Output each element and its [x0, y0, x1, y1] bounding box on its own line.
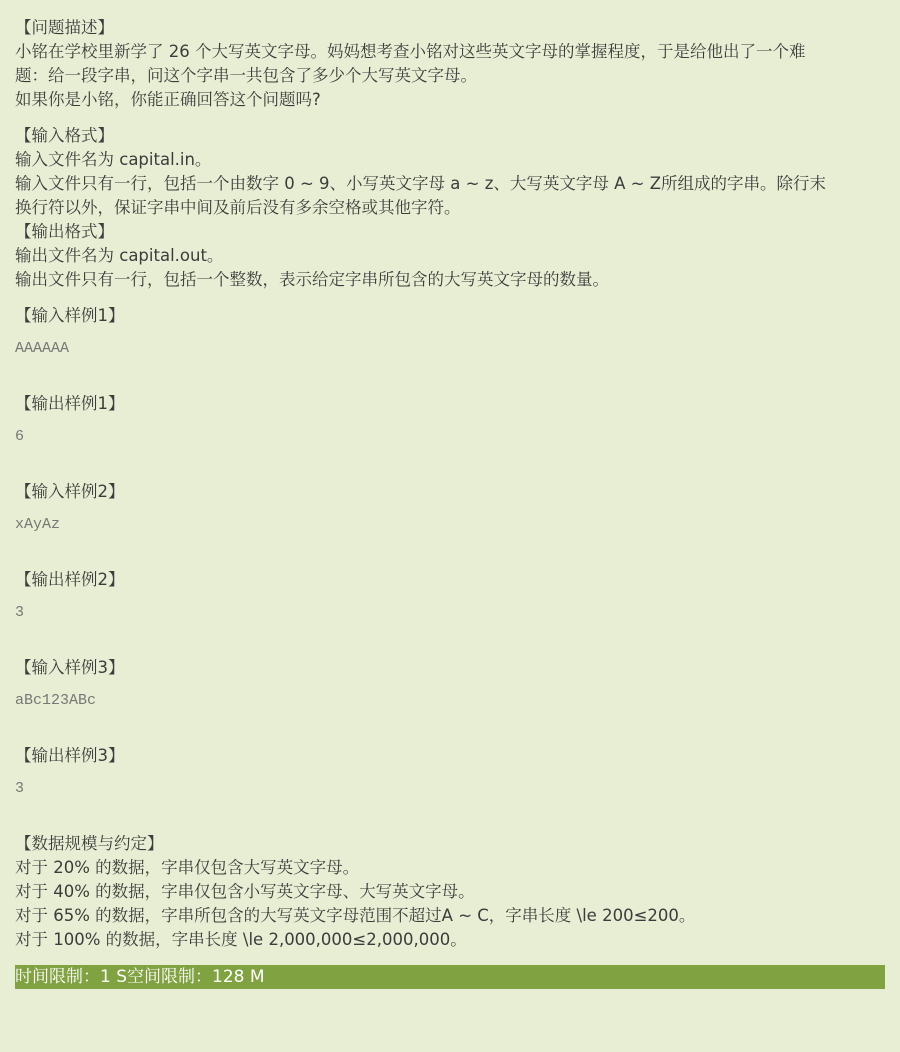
constraint-line: 对于 40% 的数据，字串仅包含小写英文字母、大写英文字母。 [15, 880, 475, 904]
description-heading: 【问题描述】 [15, 16, 114, 40]
sample-input-heading: 【输入样例3】 [15, 656, 125, 680]
input-format-line: 输入文件名为 capital.in。 [15, 148, 211, 172]
sample-output: 3 [15, 777, 24, 801]
sample-input: xAyAz [15, 513, 60, 537]
sample-input: aBc123ABc [15, 689, 96, 713]
output-format-heading: 【输出格式】 [15, 220, 114, 244]
sample-output-heading: 【输出样例3】 [15, 744, 125, 768]
sample-input: AAAAAA [15, 337, 69, 361]
constraints-heading: 【数据规模与约定】 [15, 832, 164, 856]
sample-input-heading: 【输入样例1】 [15, 304, 125, 328]
input-format-line: 输入文件只有一行，包括一个由数字 0 ~ 9、小写英文字母 a ~ z、大写英文… [15, 172, 826, 196]
input-format-line: 换行符以外，保证字串中间及前后没有多余空格或其他字符。 [15, 196, 461, 220]
limits-bar: 时间限制：1 S空间限制：128 M [15, 965, 885, 989]
constraint-line: 对于 100% 的数据，字串长度 \le 2,000,000≤2,000,000… [15, 928, 467, 952]
sample-output-heading: 【输出样例1】 [15, 392, 125, 416]
description-line: 题：给一段字串，问这个字串一共包含了多少个大写英文字母。 [15, 64, 477, 88]
sample-output-heading: 【输出样例2】 [15, 568, 125, 592]
sample-output: 3 [15, 601, 24, 625]
constraint-line: 对于 20% 的数据，字串仅包含大写英文字母。 [15, 856, 359, 880]
output-format-line: 输出文件只有一行，包括一个整数，表示给定字串所包含的大写英文字母的数量。 [15, 268, 609, 292]
description-line: 如果你是小铭，你能正确回答这个问题吗? [15, 88, 321, 112]
output-format-line: 输出文件名为 capital.out。 [15, 244, 223, 268]
sample-output: 6 [15, 425, 24, 449]
input-format-heading: 【输入格式】 [15, 124, 114, 148]
description-line: 小铭在学校里新学了 26 个大写英文字母。妈妈想考查小铭对这些英文字母的掌握程度… [15, 40, 806, 64]
sample-input-heading: 【输入样例2】 [15, 480, 125, 504]
constraint-line: 对于 65% 的数据，字串所包含的大写英文字母范围不超过A ~ C，字串长度 \… [15, 904, 695, 928]
limits-text: 时间限制：1 S空间限制：128 M [15, 967, 265, 987]
